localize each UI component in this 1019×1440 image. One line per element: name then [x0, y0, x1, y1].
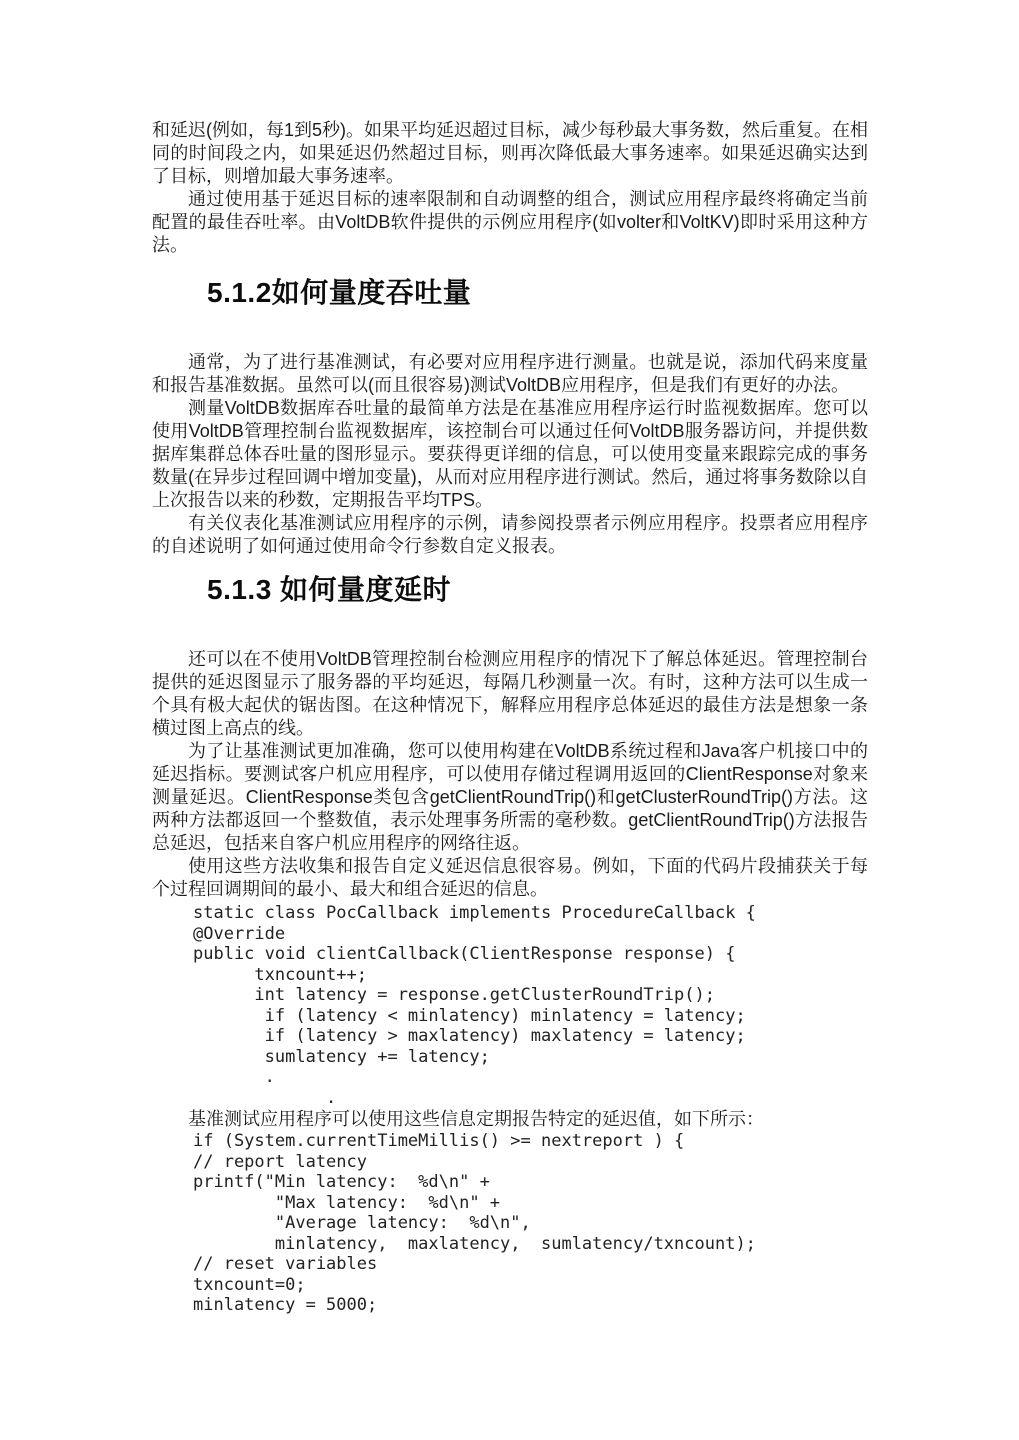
throughput-paragraph-2: 测量VoltDB数据库吞吐量的最简单方法是在基准应用程序运行时监视数据库。您可以… — [152, 397, 868, 512]
document-page: 和延迟(例如，每1到5秒)。如果平均延迟超过目标，减少每秒最大事务数，然后重复。… — [0, 0, 1019, 1440]
section-heading-throughput: 5.1.2如何量度吞吐量 — [207, 277, 868, 309]
latency-paragraph-2: 为了让基准测试更加准确，您可以使用构建在VoltDB系统过程和Java客户机接口… — [152, 740, 868, 855]
code-block-callback: static class PocCallback implements Proc… — [193, 903, 868, 1108]
throughput-paragraph-1: 通常，为了进行基准测试，有必要对应用程序进行测量。也就是说，添加代码来度量和报告… — [152, 351, 868, 397]
intro-paragraph-continuation: 和延迟(例如，每1到5秒)。如果平均延迟超过目标，减少每秒最大事务数，然后重复。… — [152, 119, 868, 188]
latency-paragraph-1: 还可以在不使用VoltDB管理控制台检测应用程序的情况下了解总体延迟。管理控制台… — [152, 648, 868, 740]
latency-paragraph-4: 基准测试应用程序可以使用这些信息定期报告特定的延迟值，如下所示： — [152, 1108, 868, 1131]
throughput-paragraph-3: 有关仪表化基准测试应用程序的示例，请参阅投票者示例应用程序。投票者应用程序的自述… — [152, 512, 868, 558]
code-block-report: if (System.currentTimeMillis() >= nextre… — [193, 1131, 868, 1316]
intro-paragraph-2: 通过使用基于延迟目标的速率限制和自动调整的组合，测试应用程序最终将确定当前配置的… — [152, 188, 868, 257]
latency-paragraph-3: 使用这些方法收集和报告自定义延迟信息很容易。例如，下面的代码片段捕获关于每个过程… — [152, 855, 868, 901]
section-heading-latency: 5.1.3 如何量度延时 — [207, 574, 868, 606]
text-column: 和延迟(例如，每1到5秒)。如果平均延迟超过目标，减少每秒最大事务数，然后重复。… — [152, 119, 868, 1316]
